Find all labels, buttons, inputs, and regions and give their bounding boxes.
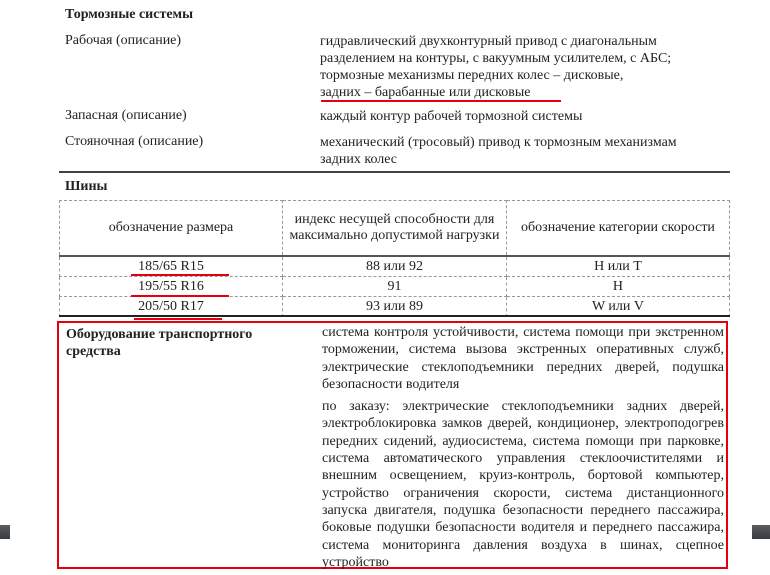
- tire-size-cell: 195/55 R16: [60, 277, 283, 297]
- next-page-handle[interactable]: [752, 525, 770, 539]
- header-size: обозначение размера: [60, 201, 283, 257]
- service-brake-line-1: гидравлический двухконтурный привод с ди…: [320, 33, 720, 50]
- parking-brake-line-1: механический (тросовый) привод к тормозн…: [320, 134, 720, 151]
- service-brake-line-2: разделением на контуры, с вакуумным усил…: [320, 50, 720, 67]
- equipment-standard: система контроля устойчивости, система п…: [322, 324, 724, 393]
- speed-category-cell: H: [506, 277, 729, 297]
- reserve-brake-value: каждый контур рабочей тормозной системы: [320, 108, 720, 125]
- load-index-cell: 93 или 89: [282, 297, 506, 317]
- parking-brake-line-2: задних колес: [320, 151, 720, 168]
- parking-brake-value: механический (тросовый) привод к тормозн…: [320, 134, 720, 168]
- speed-category-cell: H или T: [506, 256, 729, 277]
- equipment-highlight-box: Оборудование транспортного средства сист…: [57, 321, 728, 569]
- header-speed-category: обозначение категории скорости: [506, 201, 729, 257]
- table-row: 195/55 R16 91 H: [60, 277, 730, 297]
- tires-table: обозначение размера индекс несущей спосо…: [59, 200, 730, 317]
- tire-size-cell: 205/50 R17: [60, 297, 283, 317]
- equipment-description: система контроля устойчивости, система п…: [322, 324, 724, 575]
- load-index-cell: 88 или 92: [282, 256, 506, 277]
- reserve-brake-line-1: каждый контур рабочей тормозной системы: [320, 108, 720, 125]
- table-row: 205/50 R17 93 или 89 W или V: [60, 297, 730, 317]
- service-brake-line-4: задних – барабанные или дисковые: [320, 84, 720, 101]
- highlight-underline-205-50-r17: [134, 318, 222, 320]
- brakes-section-title: Тормозные системы: [65, 7, 193, 23]
- equipment-label: Оборудование транспортного средства: [66, 326, 296, 360]
- tires-table-header: обозначение размера индекс несущей спосо…: [60, 201, 730, 257]
- service-brake-value: гидравлический двухконтурный привод с ди…: [320, 33, 720, 101]
- highlight-underline-rear-brakes: [321, 100, 561, 102]
- reserve-brake-label: Запасная (описание): [65, 108, 187, 124]
- service-brake-line-3: тормозные механизмы передних колес – дис…: [320, 67, 720, 84]
- header-load-index: индекс несущей способности для максималь…: [282, 201, 506, 257]
- tires-section-title: Шины: [65, 179, 107, 195]
- speed-category-cell: W или V: [506, 297, 729, 317]
- highlight-underline-185-65-r15: [131, 274, 229, 276]
- service-brake-label: Рабочая (описание): [65, 33, 181, 49]
- parking-brake-label: Стояночная (описание): [65, 134, 203, 150]
- prev-page-handle[interactable]: [0, 525, 10, 539]
- load-index-cell: 91: [282, 277, 506, 297]
- section-divider: [59, 171, 730, 173]
- highlight-underline-195-55-r16: [131, 295, 229, 297]
- equipment-optional: по заказу: электрические стеклоподъемник…: [322, 398, 724, 571]
- table-bottom-border: [59, 315, 730, 317]
